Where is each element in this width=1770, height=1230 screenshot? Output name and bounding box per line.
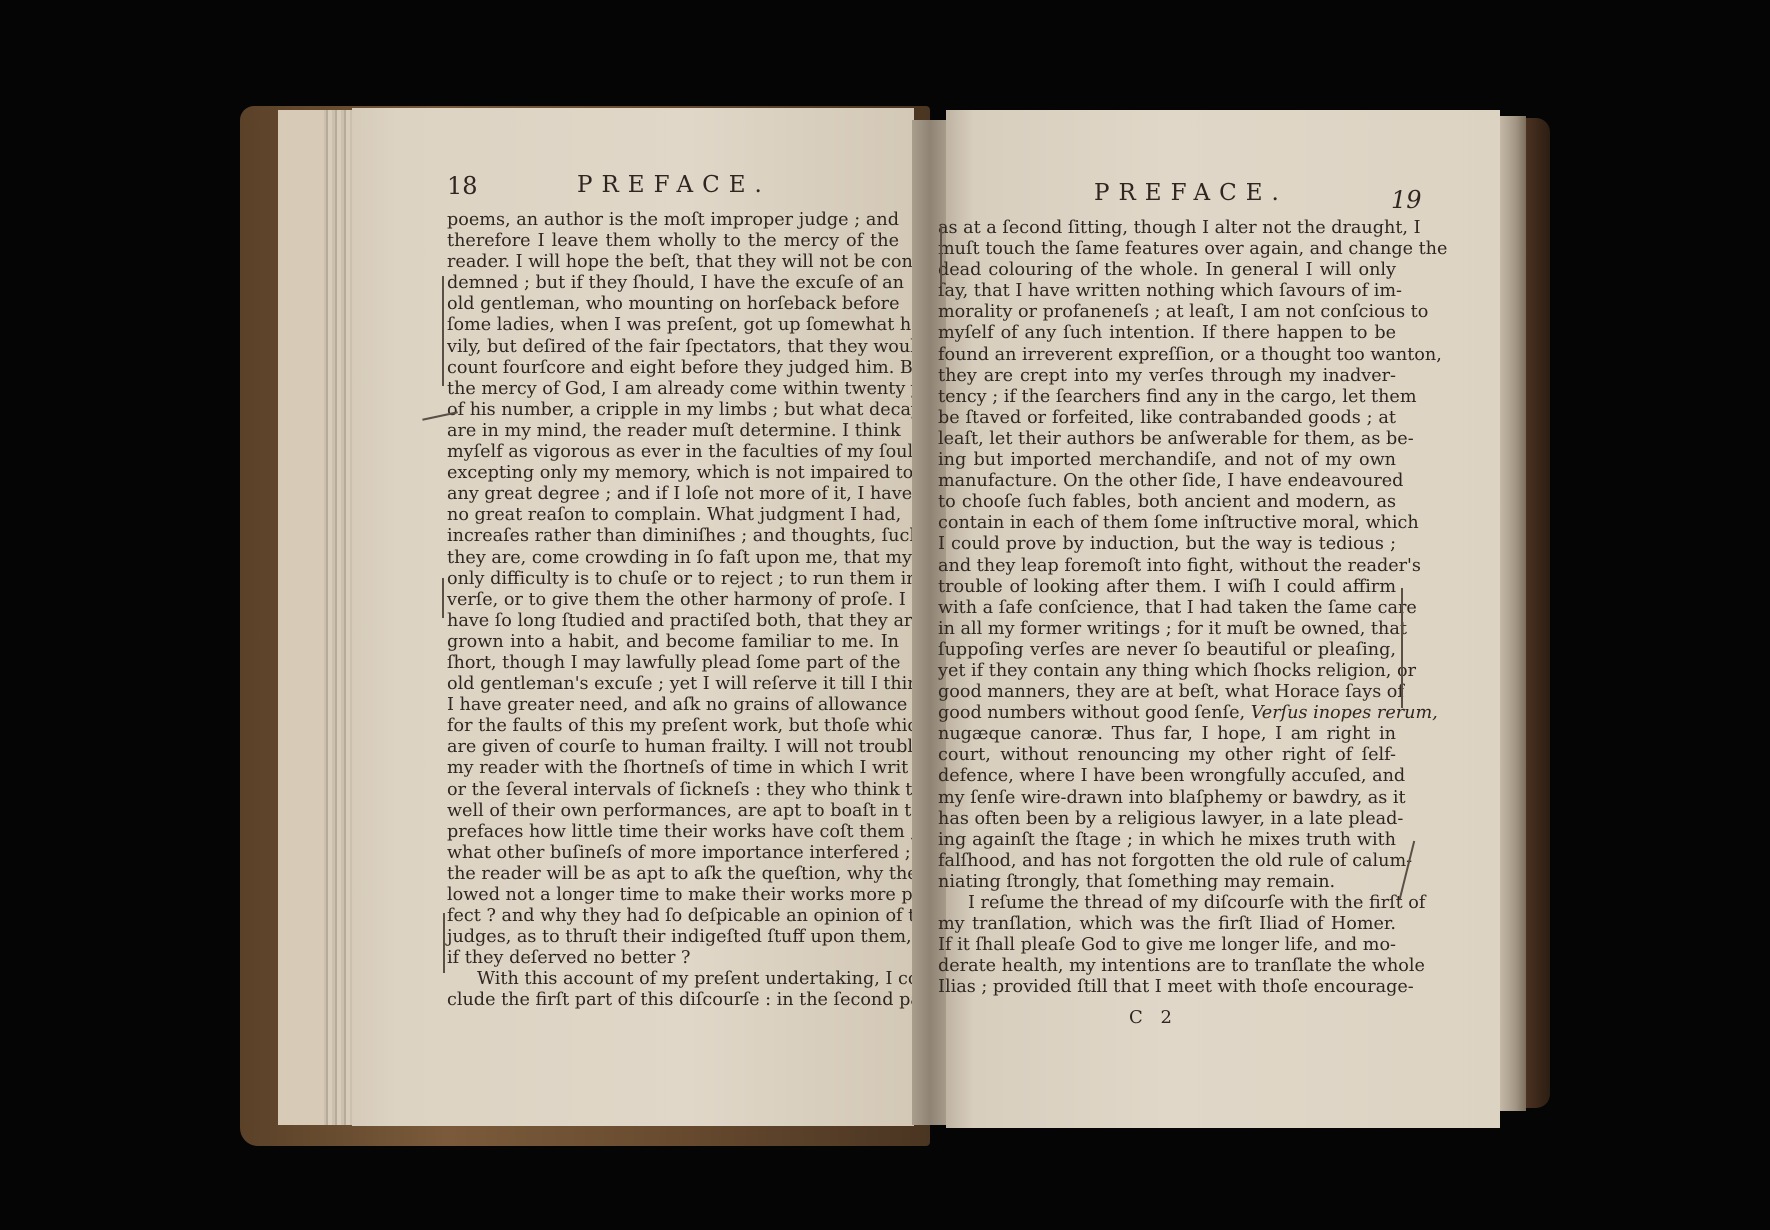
text-line: they are, come crowding in ſo faſt upon …: [447, 548, 899, 569]
flyleaf: [278, 110, 324, 1125]
text-line: clude the firſt part of this diſcourſe :…: [447, 990, 899, 1011]
text-line: well of their own performances, are apt …: [447, 801, 899, 822]
text-line: ing but imported merchandiſe, and not of…: [938, 450, 1396, 471]
text-line: myſelf as vigorous as ever in the facult…: [447, 442, 899, 463]
text-line: no great reaſon to complain. What judgme…: [447, 505, 899, 526]
text-line: ſhort, though I may lawfully plead ſome …: [447, 653, 899, 674]
text-line: ſay, that I have written nothing which ſ…: [938, 281, 1396, 302]
text-line: grown into a habit, and become familiar …: [447, 632, 899, 653]
text-line: be ſtaved or forfeited, like contrabande…: [938, 408, 1396, 429]
text-line: what other buſineſs of more importance i…: [447, 843, 899, 864]
text-line: has often been by a religious lawyer, in…: [938, 809, 1396, 830]
text-line: the reader will be as apt to aſk the que…: [447, 864, 899, 885]
text-line: If it ſhall pleaſe God to give me longer…: [938, 935, 1396, 956]
text-line: dead colouring of the whole. In general …: [938, 260, 1396, 281]
right-page: PREFACE. 19 as at a ſecond ſitting, thou…: [946, 110, 1500, 1128]
text-line: they are crept into my verſes through my…: [938, 366, 1396, 387]
running-head-left: PREFACE.: [577, 172, 771, 198]
text-line: ſuppoſing verſes are never ſo beautiful …: [938, 640, 1396, 661]
text-line: leaſt, let their authors be anſwerable f…: [938, 429, 1396, 450]
text-line: vily, but deſired of the fair ſpectators…: [447, 337, 899, 358]
text-line: falſhood, and has not forgotten the old …: [938, 851, 1396, 872]
text-line: count fourſcore and eight before they ju…: [447, 358, 899, 379]
latin-quote: Verſus inopes rerum,: [1245, 703, 1438, 723]
page-number-left: 18: [447, 172, 478, 200]
text-line: defence, where I have been wrongfully ac…: [938, 766, 1396, 787]
text-line: old gentleman, who mounting on horſeback…: [447, 294, 899, 315]
text-line: the mercy of God, I am already come with…: [447, 379, 899, 400]
margin-pencil-mark: [442, 578, 444, 618]
text-line: derate health, my intentions are to tran…: [938, 956, 1396, 977]
page-edge-stack-left: [278, 110, 358, 1125]
text-line: lowed not a longer time to make their wo…: [447, 885, 899, 906]
text-line: myſelf of any ſuch intention. If there h…: [938, 323, 1396, 344]
text-line: demned ; but if they ſhould, I have the …: [447, 273, 899, 294]
text-line: judges, as to thruſt their indigeſted ſt…: [447, 927, 899, 948]
text-line: tency ; if the ſearchers find any in the…: [938, 387, 1396, 408]
text-line: manufacture. On the other ſide, I have e…: [938, 471, 1396, 492]
left-page-body-text: poems, an author is the moſt improper ju…: [447, 210, 899, 1012]
text-line: ſome ladies, when I was preſent, got up …: [447, 315, 899, 336]
text-line: only difficulty is to chuſe or to reject…: [447, 569, 899, 590]
text-line: increaſes rather than diminiſhes ; and t…: [447, 526, 899, 547]
margin-pencil-mark: [1401, 588, 1403, 708]
text-line: With this account of my preſent undertak…: [447, 969, 899, 990]
text-line: fect ? and why they had ſo deſpicable an…: [447, 906, 899, 927]
text-line: good numbers without good ſenſe, Verſus …: [938, 703, 1396, 724]
margin-pencil-mark: [940, 226, 942, 286]
text-line: niating ſtrongly, that ſomething may rem…: [938, 872, 1396, 893]
text-line: any great degree ; and if I loſe not mor…: [447, 484, 899, 505]
text-line: verſe, or to give them the other harmony…: [447, 590, 899, 611]
text-line: if they deſerved no better ?: [447, 948, 899, 969]
text-line: found an irreverent expreſſion, or a tho…: [938, 345, 1396, 366]
text-line: ing againſt the ſtage ; in which he mixe…: [938, 830, 1396, 851]
text-line: are given of courſe to human frailty. I …: [447, 737, 899, 758]
text-line: my tranſlation, which was the firſt Ilia…: [938, 914, 1396, 935]
page-number-right: 19: [1391, 186, 1422, 214]
running-head-right: PREFACE.: [1094, 180, 1288, 206]
text-line: muſt touch the ſame features over again,…: [938, 239, 1396, 260]
text-line: are in my mind, the reader muſt determin…: [447, 421, 899, 442]
text-line: trouble of looking after them. I wiſh I …: [938, 577, 1396, 598]
left-page: 18 PREFACE. poems, an author is the moſt…: [352, 108, 914, 1126]
text-line: to chooſe ſuch fables, both ancient and …: [938, 492, 1396, 513]
text-line: morality or profaneneſs ; at leaſt, I am…: [938, 302, 1396, 323]
right-page-body-text: as at a ſecond ſitting, though I alter n…: [938, 218, 1396, 998]
text-line: good manners, they are at beſt, what Hor…: [938, 682, 1396, 703]
text-line: contain in each of them ſome inſtructive…: [938, 513, 1396, 534]
signature-mark: C 2: [1129, 1007, 1178, 1028]
text-line: yet if they contain any thing which ſhoc…: [938, 661, 1396, 682]
text-line: prefaces how little time their works hav…: [447, 822, 899, 843]
text-line: for the faults of this my preſent work, …: [447, 716, 899, 737]
text-line: my reader with the ſhortneſs of time in …: [447, 758, 899, 779]
text-line: poems, an author is the moſt improper ju…: [447, 210, 899, 231]
text-line: of his number, a cripple in my limbs ; b…: [447, 400, 899, 421]
text-line: as at a ſecond ſitting, though I alter n…: [938, 218, 1396, 239]
text-line: or the ſeveral intervals of ſickneſs : t…: [447, 780, 899, 801]
text-line: reader. I will hope the beſt, that they …: [447, 252, 899, 273]
text-line: and they leap foremoſt into fight, witho…: [938, 556, 1396, 577]
text-line: excepting only my memory, which is not i…: [447, 463, 899, 484]
text-line: in all my former writings ; for it muſt …: [938, 619, 1396, 640]
text-line: I have greater need, and aſk no grains o…: [447, 695, 899, 716]
text-line: old gentleman's excuſe ; yet I will reſe…: [447, 674, 899, 695]
text-line: I reſume the thread of my diſcourſe with…: [938, 893, 1396, 914]
text-line: my ſenſe wire-drawn into blaſphemy or ba…: [938, 788, 1396, 809]
page-edge-stack-right: [1500, 116, 1526, 1111]
text-line: court, without renouncing my other right…: [938, 745, 1396, 766]
margin-pencil-mark: [442, 276, 444, 386]
text-line: nugæque canoræ. Thus far, I hope, I am r…: [938, 724, 1396, 745]
text-line: therefore I leave them wholly to the mer…: [447, 231, 899, 252]
text-line: Ilias ; provided ſtill that I meet with …: [938, 977, 1396, 998]
text-line: have ſo long ſtudied and practiſed both,…: [447, 611, 899, 632]
text-line: with a ſafe conſcience, that I had taken…: [938, 598, 1396, 619]
text-line: I could prove by induction, but the way …: [938, 534, 1396, 555]
margin-pencil-mark: [443, 913, 445, 973]
